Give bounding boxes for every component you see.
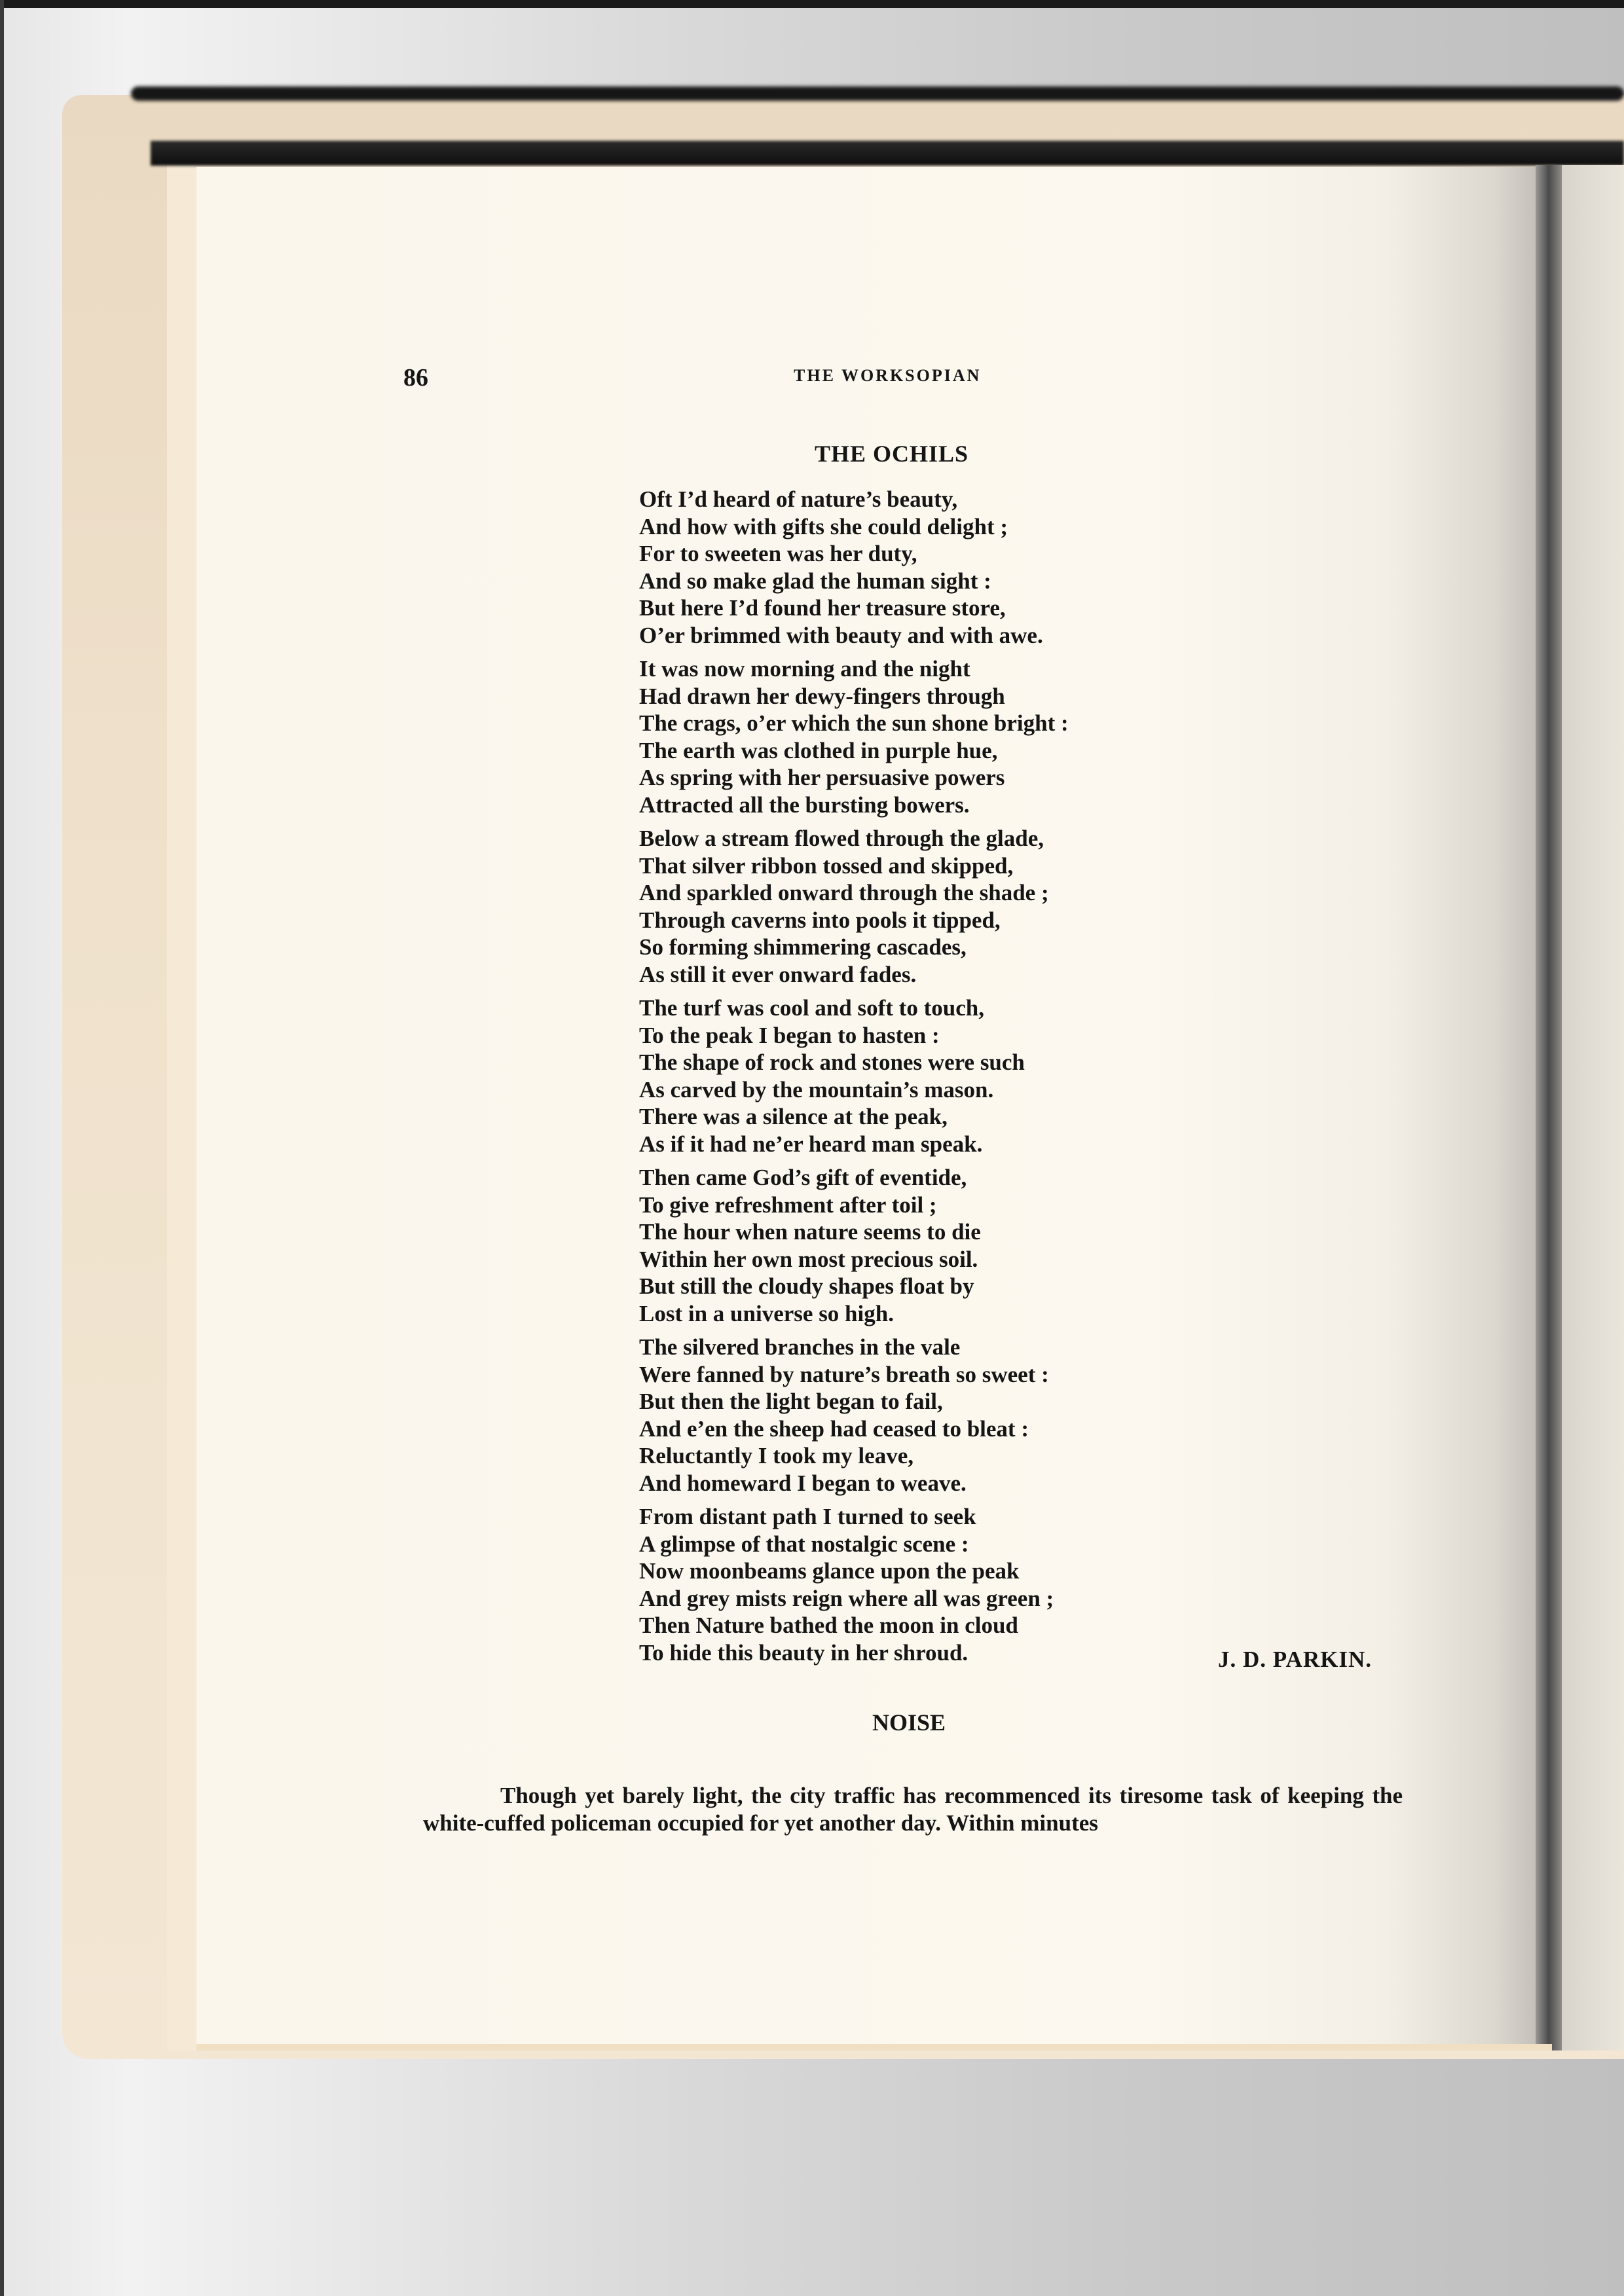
scanner-left-edge — [0, 0, 4, 2296]
page-number: 86 — [403, 363, 428, 392]
scanner-top-edge — [0, 0, 1624, 8]
poem-line: But still the cloudy shapes float by — [639, 1273, 1294, 1300]
poem-line: As spring with her persuasive powers — [639, 764, 1294, 792]
stanza: Then came God’s gift of eventide, To giv… — [639, 1164, 1294, 1327]
binding-shadow-band — [151, 141, 1624, 166]
poem-line: Oft I’d heard of nature’s beauty, — [639, 486, 1294, 513]
poem-line: The shape of rock and stones were such — [639, 1049, 1294, 1076]
stanza: The turf was cool and soft to touch, To … — [639, 994, 1294, 1157]
poem-line: Then Nature bathed the moon in cloud — [639, 1612, 1294, 1639]
poem-line: Then came God’s gift of eventide, — [639, 1164, 1294, 1192]
stanza: The silvered branches in the vale Were f… — [639, 1334, 1294, 1497]
stanza: From distant path I turned to seek A gli… — [639, 1503, 1294, 1666]
essay-title: NOISE — [872, 1709, 946, 1736]
poem-line: From distant path I turned to seek — [639, 1503, 1294, 1531]
poem-line: Were fanned by nature’s breath so sweet … — [639, 1361, 1294, 1389]
poem-line: Through caverns into pools it tipped, — [639, 907, 1294, 934]
page-bottom-edge — [196, 2044, 1552, 2050]
journal-title: THE WORKSOPIAN — [794, 366, 981, 386]
poem-line: Had drawn her dewy-fingers through — [639, 683, 1294, 710]
book-top-shadow — [131, 86, 1624, 101]
poem-line: It was now morning and the night — [639, 655, 1294, 683]
poem-line: Below a stream flowed through the glade, — [639, 825, 1294, 852]
poem-line: As carved by the mountain’s mason. — [639, 1076, 1294, 1104]
poem-line: To hide this beauty in her shroud. — [639, 1639, 1294, 1667]
stanza: Below a stream flowed through the glade,… — [639, 825, 1294, 988]
poem-line: As still it ever onward fades. — [639, 961, 1294, 989]
poem-line: O’er brimmed with beauty and with awe. — [639, 622, 1294, 649]
essay-paragraph: Though yet barely light, the city traffi… — [423, 1782, 1403, 1837]
poem-line: As if it had ne’er heard man speak. — [639, 1131, 1294, 1158]
poem-line: And how with gifts she could delight ; — [639, 513, 1294, 541]
poem-line: To give refreshment after toil ; — [639, 1192, 1294, 1219]
poem-author: J. D. PARKIN. — [1218, 1647, 1372, 1673]
poem-line: Attracted all the bursting bowers. — [639, 792, 1294, 819]
poem-line: Now moonbeams glance upon the peak — [639, 1558, 1294, 1585]
poem-title: THE OCHILS — [815, 440, 969, 467]
stanza: Oft I’d heard of nature’s beauty, And ho… — [639, 486, 1294, 649]
poem-line: Lost in a universe so high. — [639, 1300, 1294, 1328]
stanza: It was now morning and the night Had dra… — [639, 655, 1294, 818]
poem-line: There was a silence at the peak, — [639, 1103, 1294, 1131]
poem-line: But then the light began to fail, — [639, 1388, 1294, 1415]
facing-page-edge — [1562, 165, 1624, 2050]
gutter-shadow — [1536, 165, 1562, 2050]
poem-line: The silvered branches in the vale — [639, 1334, 1294, 1361]
poem-line: So forming shimmering cascades, — [639, 934, 1294, 961]
poem-line: And e’en the sheep had ceased to bleat : — [639, 1415, 1294, 1443]
poem-line: And homeward I began to weave. — [639, 1470, 1294, 1497]
poem-line: The crags, o’er which the sun shone brig… — [639, 710, 1294, 737]
poem-line: For to sweeten was her duty, — [639, 540, 1294, 568]
poem-line: Reluctantly I took my leave, — [639, 1442, 1294, 1470]
poem-line: And grey mists reign where all was green… — [639, 1585, 1294, 1613]
poem-line: And sparkled onward through the shade ; — [639, 879, 1294, 907]
poem-body: Oft I’d heard of nature’s beauty, And ho… — [639, 486, 1294, 1673]
poem-line: The turf was cool and soft to touch, — [639, 994, 1294, 1022]
poem-line: Within her own most precious soil. — [639, 1246, 1294, 1273]
poem-line: And so make glad the human sight : — [639, 568, 1294, 595]
poem-line: The earth was clothed in purple hue, — [639, 737, 1294, 765]
poem-line: The hour when nature seems to die — [639, 1218, 1294, 1246]
poem-line: To the peak I began to hasten : — [639, 1022, 1294, 1049]
poem-line: A glimpse of that nostalgic scene : — [639, 1531, 1294, 1558]
poem-line: But here I’d found her treasure store, — [639, 594, 1294, 622]
poem-line: That silver ribbon tossed and skipped, — [639, 852, 1294, 880]
